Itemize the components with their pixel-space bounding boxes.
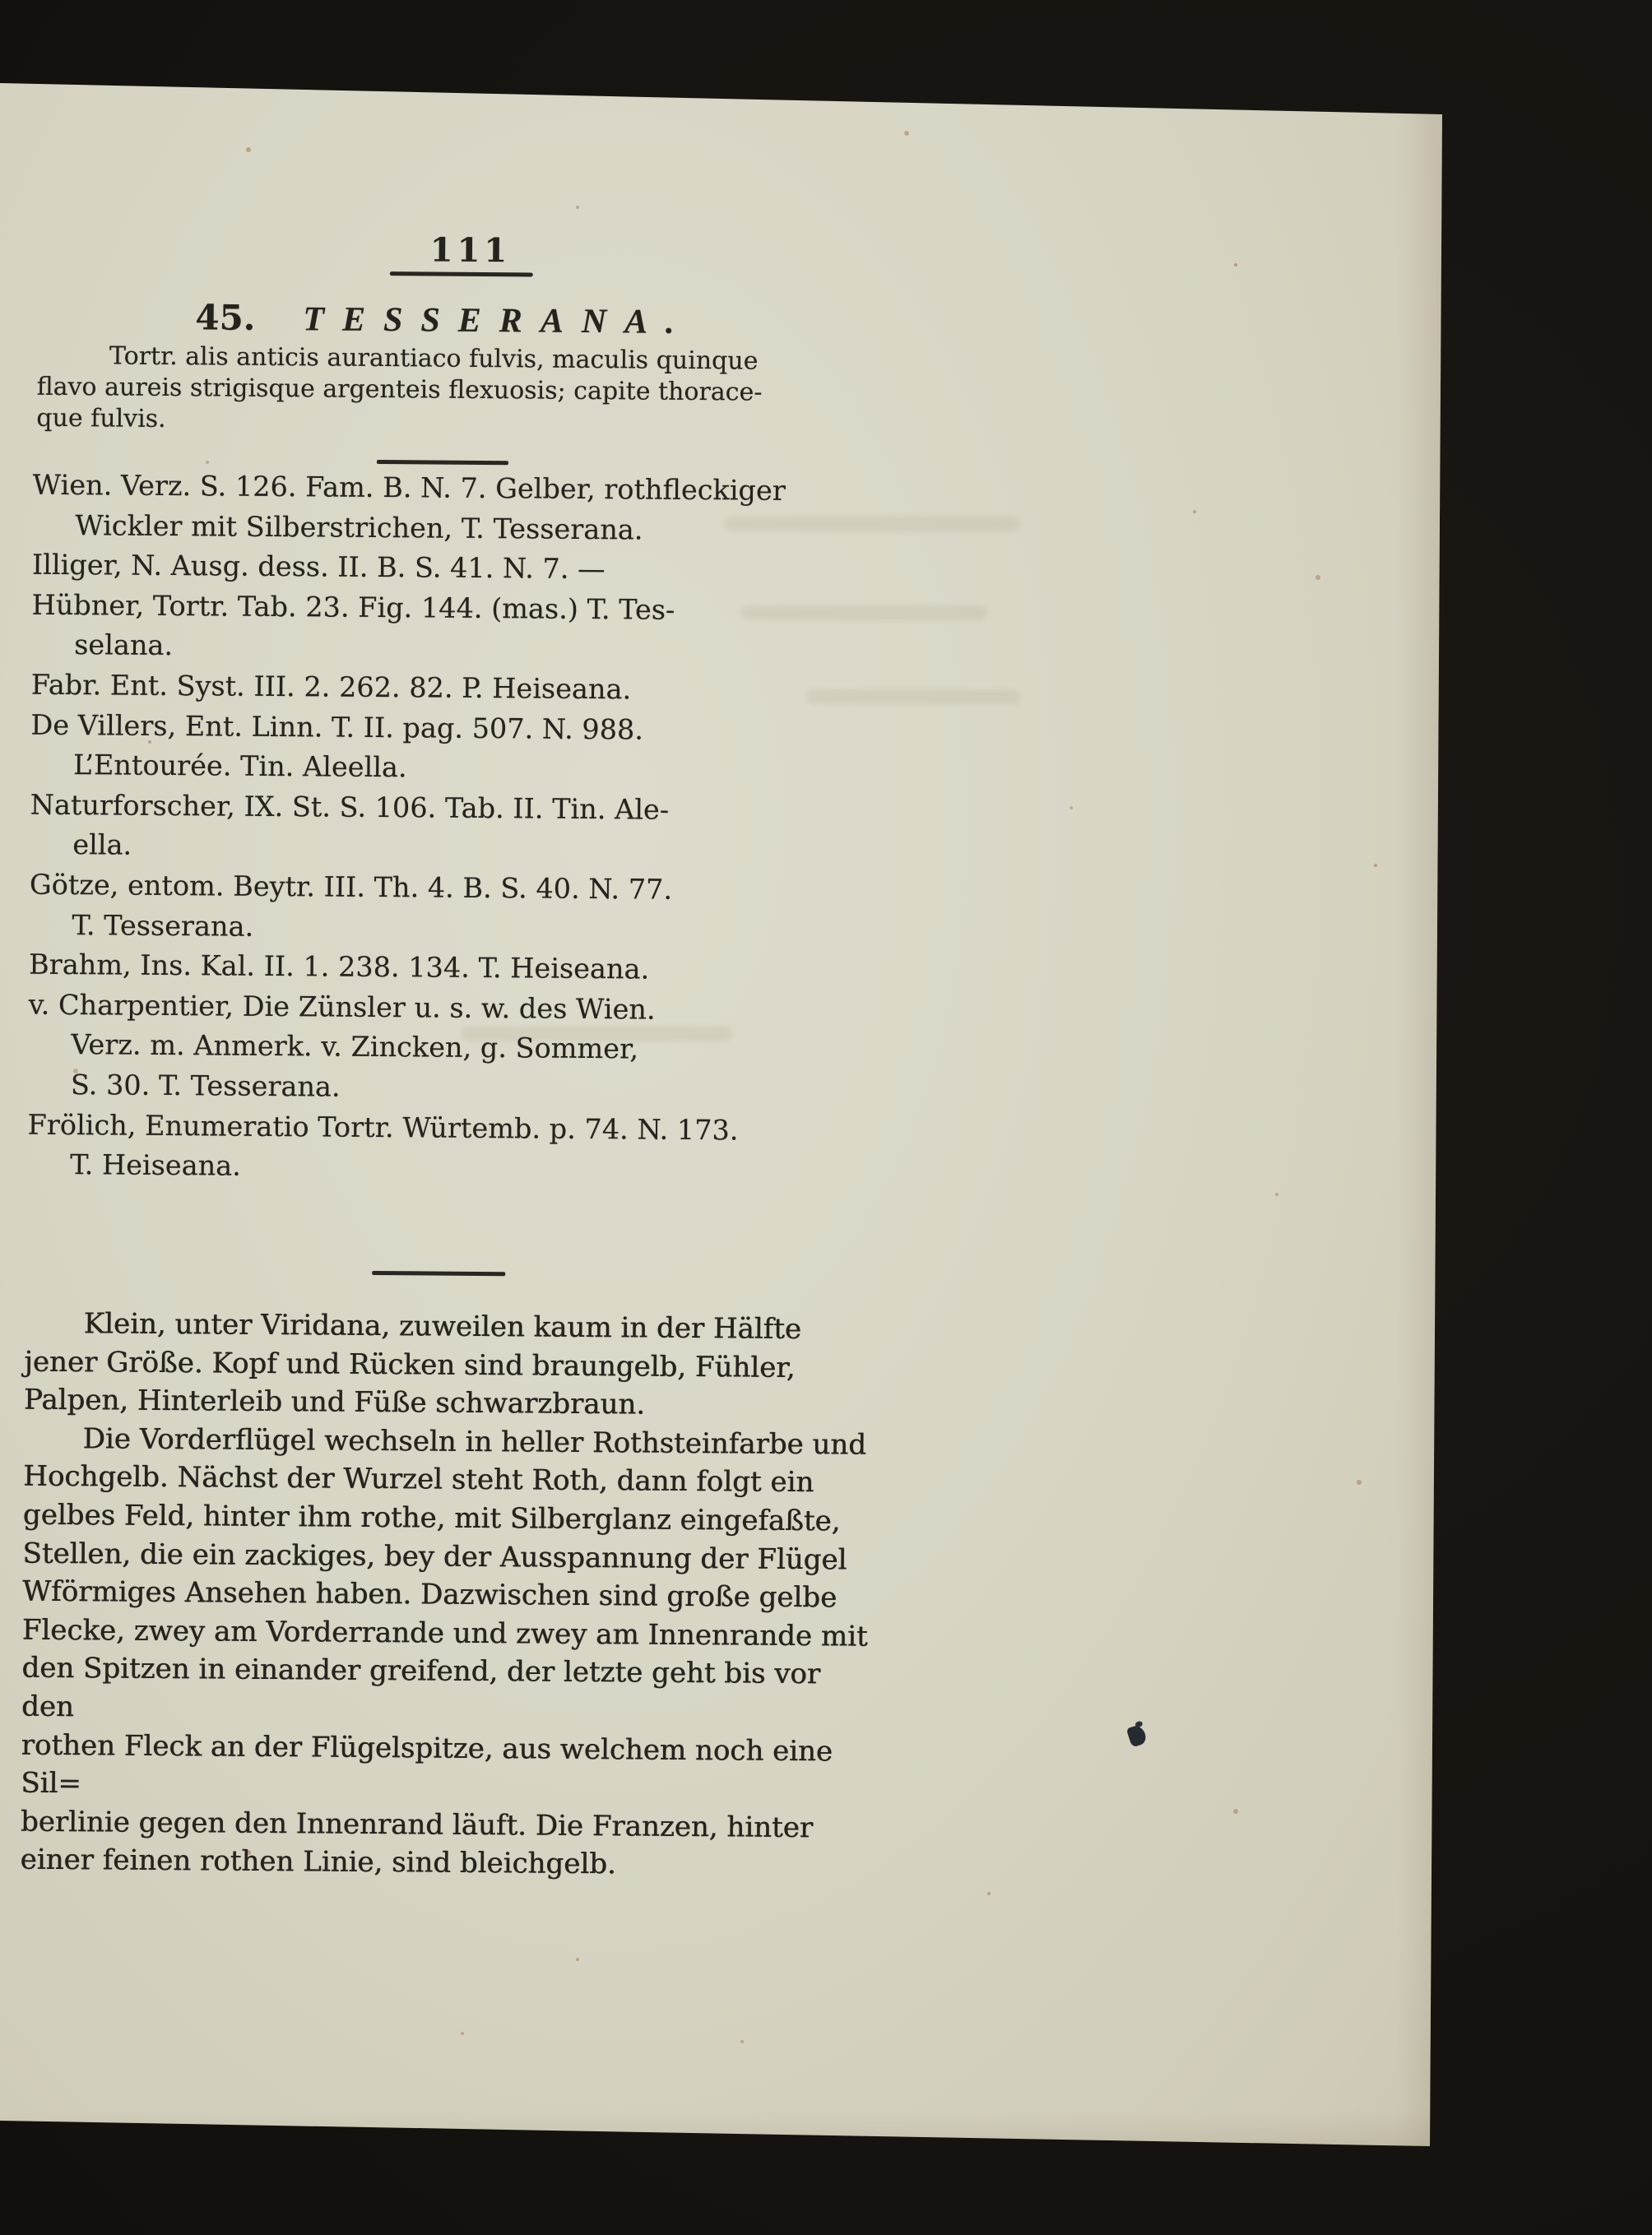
latin-diagnosis: Tortr. alis anticis aurantiaco fulvis, m…	[36, 341, 868, 441]
reference-entry: Götze, entom. Beytr. III. Th. 4. B. S. 4…	[29, 865, 881, 952]
reference-entry: Hübner, Tortr. Tab. 23. Fig. 144. (mas.)…	[31, 585, 884, 671]
species-heading: 45.TESSERANA.	[195, 297, 693, 342]
reference-entry: Wien. Verz. S. 126. Fam. B. N. 7. Gelber…	[32, 466, 884, 552]
species-name: TESSERANA.	[303, 300, 693, 341]
description-paragraph: Die Vorderflügel wechseln in heller Roth…	[20, 1419, 879, 1885]
reference-entry: Naturforscher, IX. St. S. 106. Tab. II. …	[30, 785, 882, 871]
page-number-rule	[390, 271, 533, 276]
ink-blot	[1126, 1723, 1148, 1747]
reference-entry: Brahm, Ins. Kal. II. 1. 238. 134. T. Hei…	[29, 945, 880, 992]
divider-rule-top	[377, 460, 508, 465]
page-number: 111	[388, 230, 553, 271]
species-number: 45.	[195, 297, 255, 338]
description-text: Klein, unter Viridana, zuweilen kaum in …	[20, 1305, 879, 1886]
book-page: 111 45.TESSERANA. Tortr. alis anticis au…	[0, 0, 1455, 2159]
reference-entry: v. Charpentier, Die Zünsler u. s. w. des…	[28, 985, 880, 1111]
page-content: 111 45.TESSERANA. Tortr. alis anticis au…	[0, 0, 989, 1982]
divider-rule-middle	[372, 1271, 505, 1276]
references-list: Wien. Verz. S. 126. Fam. B. N. 7. Gelber…	[27, 466, 884, 1192]
reference-entry: Frölich, Enumeratio Tortr. Würtemb. p. 7…	[27, 1105, 879, 1191]
reference-entry: De Villers, Ent. Linn. T. II. pag. 507. …	[30, 705, 883, 791]
reference-entry: Illiger, N. Ausg. dess. II. B. S. 41. N.…	[32, 545, 884, 592]
reference-entry: Fabr. Ent. Syst. III. 2. 262. 82. P. Hei…	[31, 665, 883, 712]
description-paragraph: Klein, unter Viridana, zuweilen kaum in …	[24, 1305, 880, 1426]
foxing-specks	[0, 0, 3, 3]
scan-background: 111 45.TESSERANA. Tortr. alis anticis au…	[0, 0, 1652, 2235]
